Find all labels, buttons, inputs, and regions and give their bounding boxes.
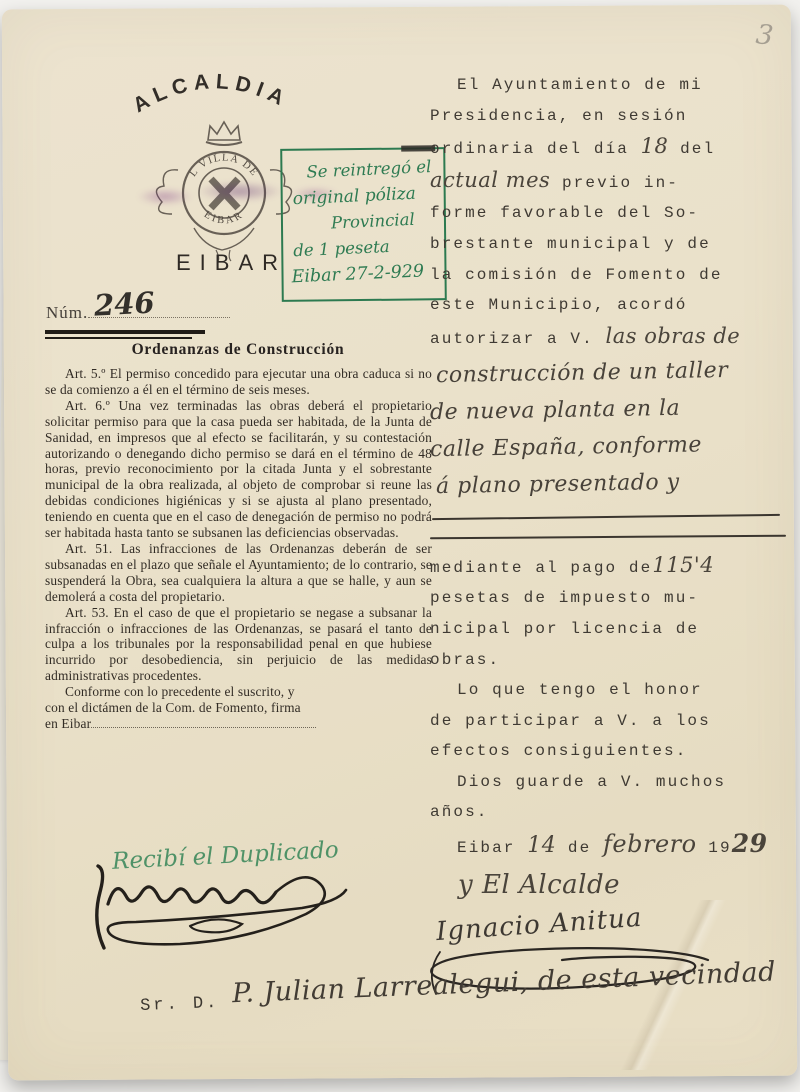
letter-line: de participar a V. a los bbox=[430, 706, 795, 737]
ordinance-article: Art. 53. En el caso de que el propietari… bbox=[45, 605, 432, 685]
handwritten-insert: las obras de bbox=[606, 324, 741, 348]
letter-line: forme favorable del So- bbox=[430, 198, 795, 229]
letter-line: pesetas de impuesto mu- bbox=[430, 583, 795, 614]
reintegro-stamp-box: Se reintregó el original póliza Provinci… bbox=[280, 147, 447, 302]
typed-text: ordinaria del día bbox=[430, 140, 641, 158]
ordinance-article: Art. 51. Las infracciones de las Ordenan… bbox=[45, 541, 432, 605]
letter-line: El Ayuntamiento de mi bbox=[430, 70, 795, 101]
number-double-rule bbox=[45, 330, 205, 339]
typed-text: pesetas de impuesto mu- bbox=[430, 589, 699, 607]
mayor-signature-name: Ignacio Anitua bbox=[435, 902, 643, 946]
typed-text: Eibar bbox=[457, 839, 527, 857]
letter-body: El Ayuntamiento de mi Presidencia, en se… bbox=[430, 70, 795, 998]
letter-line: obras. bbox=[430, 645, 795, 676]
closing-line: Conforme con lo precedente el suscrito, … bbox=[45, 684, 432, 700]
typed-text: brestante municipal y de bbox=[430, 235, 711, 253]
letter-line: nicipal por licencia de bbox=[430, 614, 795, 645]
letter-line: Presidencia, en sesión bbox=[430, 101, 795, 132]
closing-line: con el dictámen de la Com. de Fomento, f… bbox=[45, 700, 432, 716]
typed-text: nicipal por licencia de bbox=[430, 620, 699, 638]
number-value-handwritten: 246 bbox=[93, 285, 155, 322]
pencil-page-number: 3 bbox=[754, 19, 774, 52]
letter-line: actual mes previo in- bbox=[430, 165, 795, 199]
typed-text: mediante al pago de bbox=[430, 559, 652, 577]
typed-text: Dios guarde a V. muchos bbox=[457, 773, 726, 791]
closing-place: en Eibar bbox=[45, 716, 91, 731]
typed-text: años. bbox=[430, 803, 489, 821]
hand-drawn-rule bbox=[430, 534, 786, 539]
typed-text: forme favorable del So- bbox=[430, 204, 699, 222]
signature-dotted-line bbox=[91, 716, 316, 728]
letter-line: la comisión de Fomento de bbox=[430, 260, 795, 291]
handwritten-amount: 115'4 bbox=[652, 553, 714, 577]
typed-text: efectos consiguientes. bbox=[430, 742, 687, 760]
signature-flourish-left bbox=[70, 852, 370, 972]
el-alcalde-line: y El Alcalde bbox=[458, 868, 795, 902]
ordinance-article: Art. 6.º Una vez terminadas las obras de… bbox=[45, 398, 432, 541]
ordinances-body: Art. 5.º El permiso concedido para ejecu… bbox=[45, 366, 432, 732]
handwritten-line: á plano presentado y bbox=[430, 462, 796, 505]
letter-line: autorizar a V. las obras de bbox=[430, 321, 795, 355]
letter-line: años. bbox=[430, 797, 795, 828]
closing-place-line: en Eibar bbox=[45, 716, 432, 732]
typed-text: del bbox=[668, 140, 715, 158]
handwritten-year: 29 bbox=[732, 829, 768, 858]
letter-line: Lo que tengo el honor bbox=[430, 675, 795, 706]
letter-line: Dios guarde a V. muchos bbox=[430, 767, 795, 798]
reintegro-line: Eibar 27-2-929 bbox=[291, 258, 441, 291]
document-number-row: Núm. 246 bbox=[46, 303, 230, 323]
typed-text: previo in- bbox=[550, 174, 679, 192]
handwritten-insert: 18 bbox=[641, 134, 669, 158]
typed-text: Lo que tengo el honor bbox=[457, 681, 703, 699]
typed-text: El Ayuntamiento de mi bbox=[457, 76, 703, 94]
addressee-typed: Sr. D. bbox=[140, 993, 233, 1016]
letter-line: ordinaria del día 18 del bbox=[430, 131, 795, 165]
hand-drawn-rule bbox=[432, 514, 780, 520]
handwritten-day: 14 bbox=[527, 833, 556, 858]
letter-line: efectos consiguientes. bbox=[430, 736, 795, 767]
ordinance-article: Art. 5.º El permiso concedido para ejecu… bbox=[45, 366, 432, 398]
document-photo: 3 ALCALDIA L VILLA bbox=[0, 0, 800, 1092]
typed-text: autorizar a V. bbox=[430, 330, 606, 348]
handwritten-month: febrero bbox=[603, 830, 697, 858]
typed-text: de bbox=[556, 839, 603, 857]
letterhead-office: EIBAR bbox=[176, 250, 287, 276]
typed-text: la comisión de Fomento de bbox=[430, 266, 723, 284]
ordinances-title: Ordenanzas de Construcción bbox=[44, 341, 432, 359]
typed-text: Presidencia, en sesión bbox=[430, 107, 687, 125]
typed-text: de participar a V. a los bbox=[430, 712, 711, 730]
letter-line: brestante municipal y de bbox=[430, 229, 795, 260]
letter-continuation: mediante al pago de115'4 pesetas de impu… bbox=[430, 550, 795, 998]
typed-text: 19 bbox=[697, 839, 732, 857]
typed-text: obras. bbox=[430, 651, 500, 669]
number-label: Núm. bbox=[46, 303, 88, 322]
handwritten-insert: actual mes bbox=[430, 168, 550, 192]
typed-text: este Municipio, acordó bbox=[430, 296, 687, 314]
letter-line: mediante al pago de115'4 bbox=[430, 550, 795, 584]
letter-line: este Municipio, acordó bbox=[430, 290, 795, 321]
date-line: Eibar 14 de febrero 1929 bbox=[430, 829, 795, 864]
